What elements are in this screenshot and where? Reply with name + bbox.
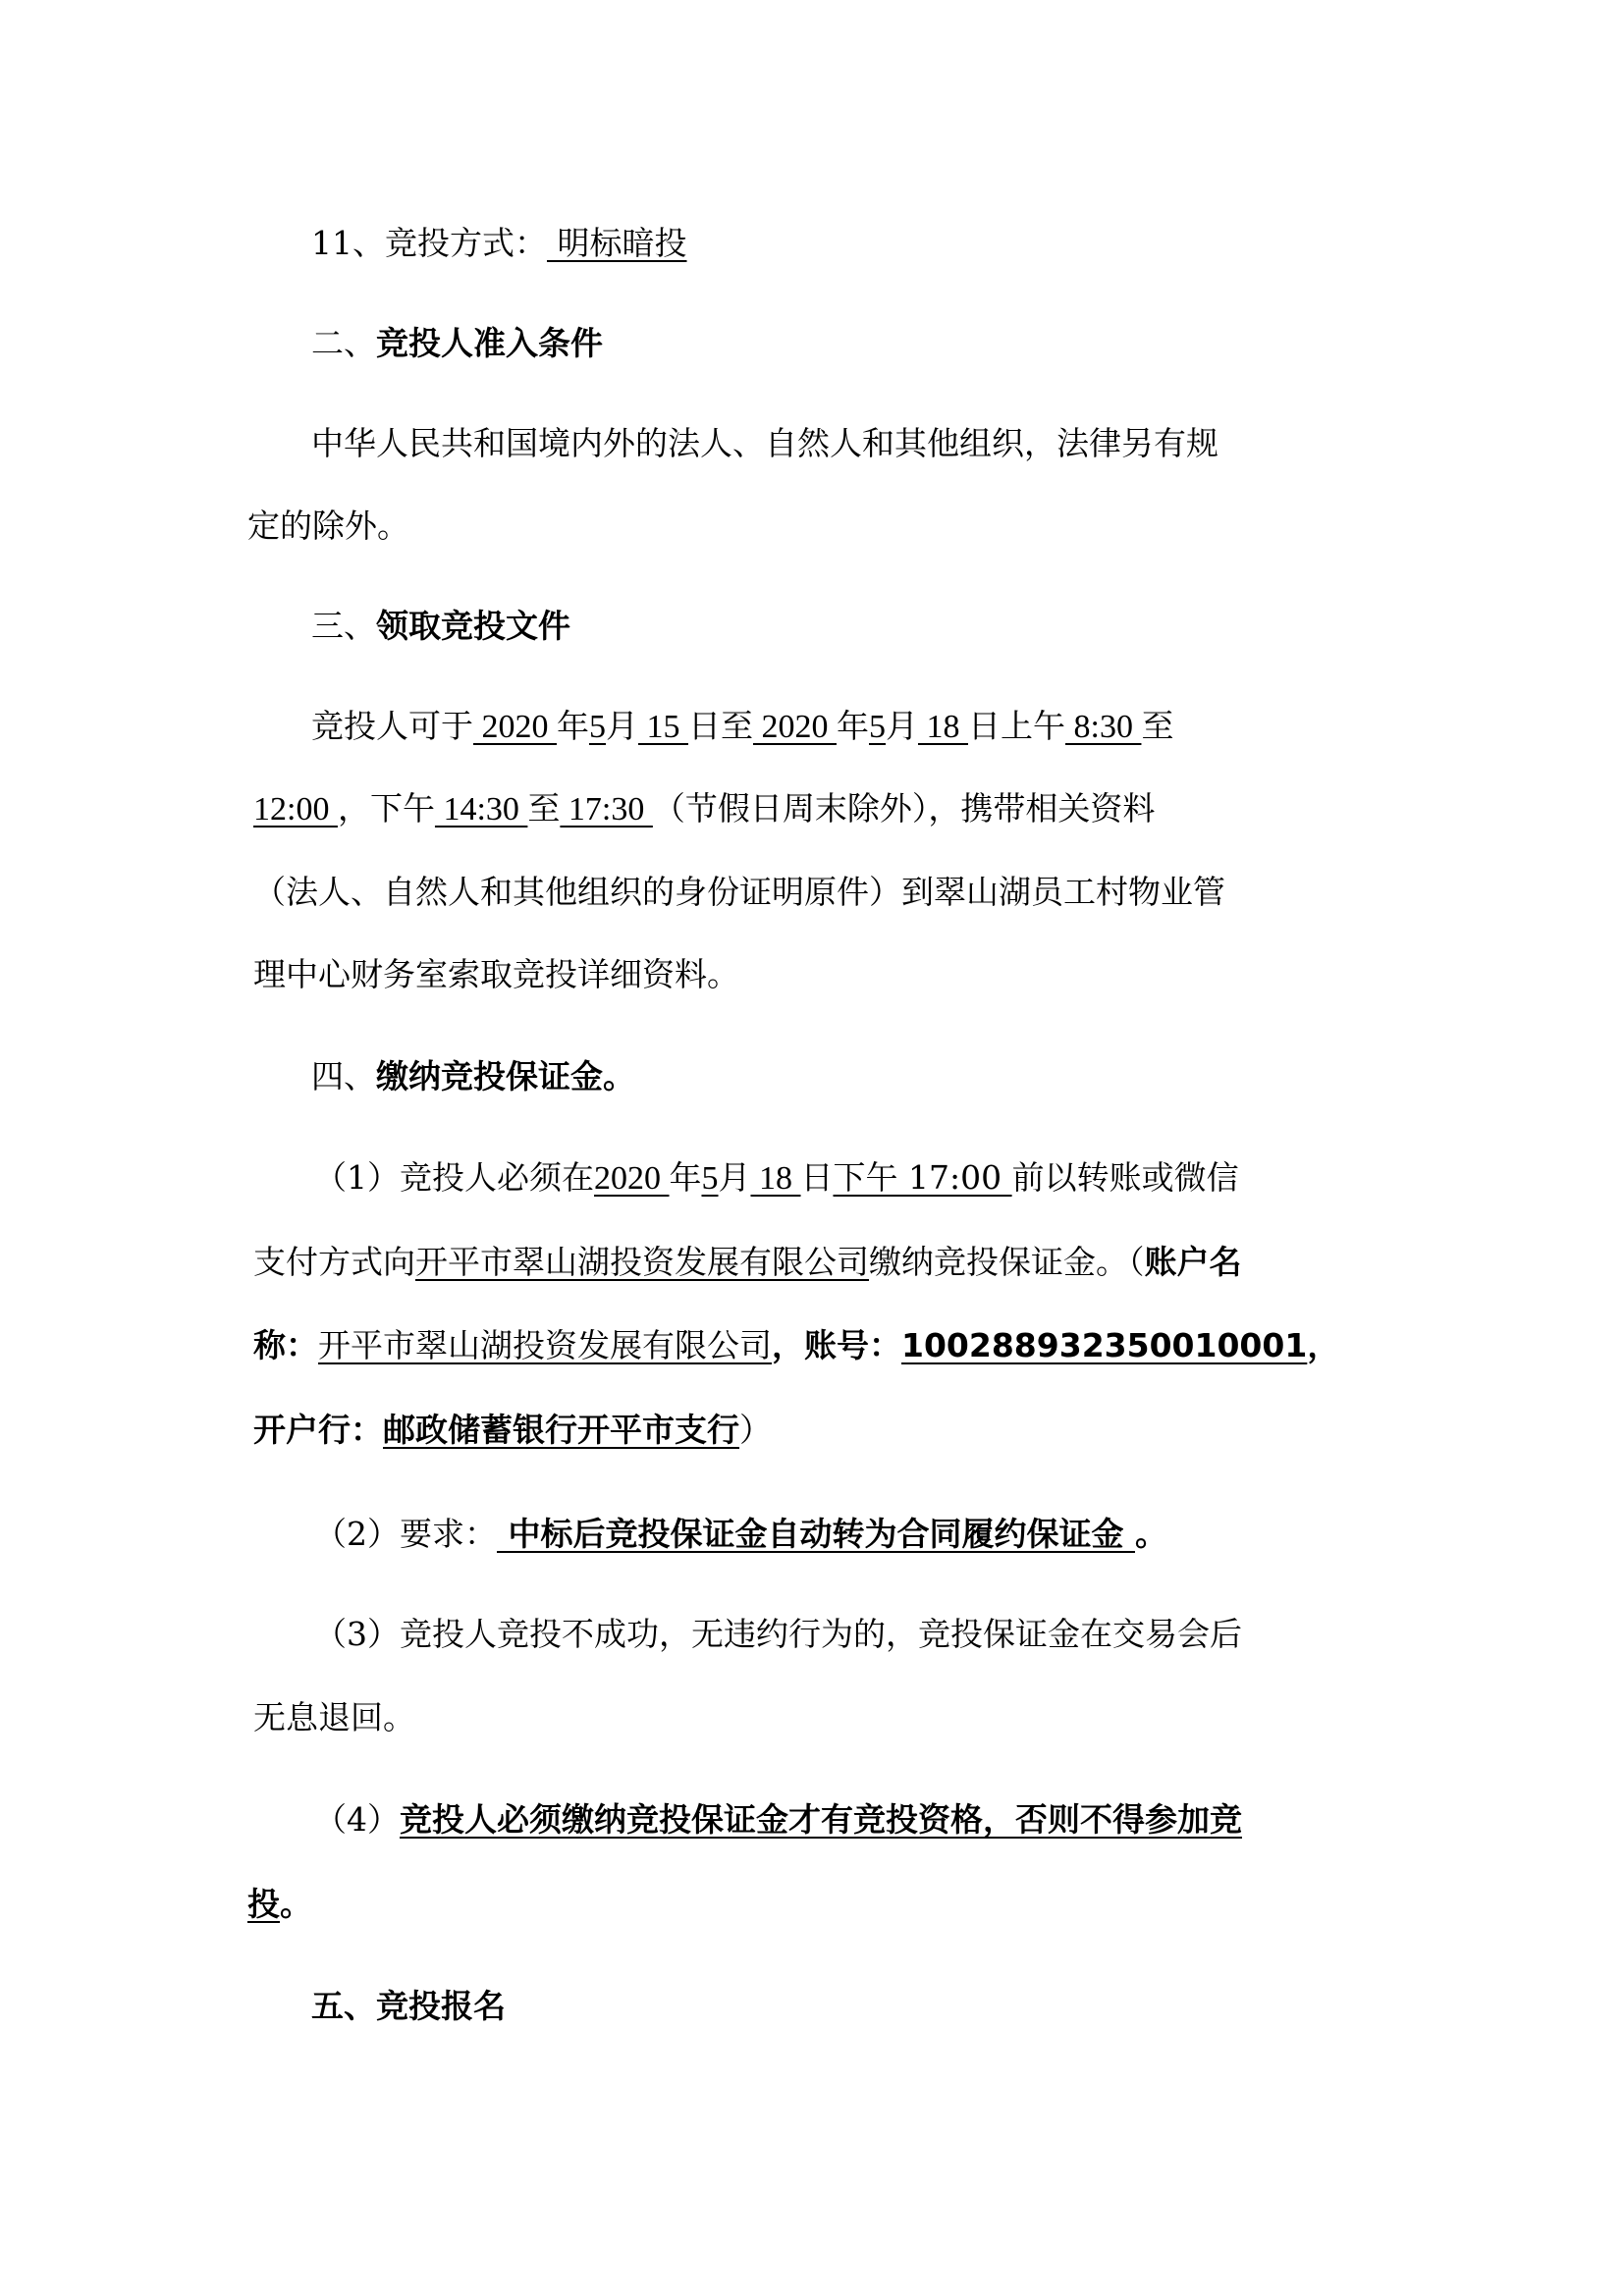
start-month: 5	[589, 709, 606, 745]
bank-name: 邮政储蓄银行开平市支行	[383, 1411, 739, 1449]
section-3-line-1: 竞投人可于 2020 年5月 15 日至 2020 年5月 18 日上午 8:3…	[311, 707, 1173, 747]
text: （1）竞投人必须在	[314, 1158, 594, 1197]
deposit-item-2: （2）要求： 中标后竞投保证金自动转为合同履约保证金 。	[314, 1515, 1167, 1554]
section-3-line-2: 12:00 ，下午 14:30 至 17:30 （节假日周末除外），携带相关资料	[253, 789, 1155, 829]
bid-method-line: 11、竞投方式： 明标暗投	[311, 224, 687, 263]
text: 日	[801, 1158, 834, 1197]
section-number: 三、	[311, 607, 376, 645]
text: ，下午	[338, 789, 435, 828]
text: 至	[1141, 707, 1173, 745]
requirement: 中标后竞投保证金自动转为合同履约保证金	[497, 1515, 1135, 1553]
text: （节假日周末除外），携带相关资料	[653, 789, 1156, 828]
end-day: 18	[918, 709, 968, 745]
text: 年	[837, 707, 869, 745]
eligibility-rule-cont: 投	[247, 1885, 280, 1923]
text: 前以转账或微信	[1012, 1158, 1239, 1197]
deposit-item-4-line-1: （4）竞投人必须缴纳竞投保证金才有竞投资格，否则不得参加竞	[314, 1800, 1242, 1840]
payee-company: 开平市翠山湖投资发展有限公司	[415, 1243, 869, 1281]
bid-method-label: 11、竞投方式：	[311, 224, 547, 262]
deadline-year: 2020	[594, 1160, 670, 1197]
section-title: 领取竞投文件	[376, 607, 570, 645]
account-number-label: ，账号：	[772, 1326, 901, 1364]
section-2-para-cont: 定的除外。	[247, 507, 409, 546]
text: 日至	[688, 707, 753, 745]
section-number: 五、	[311, 1987, 376, 2025]
section-title: 缴纳竞投保证金。	[376, 1057, 635, 1095]
section-title: 竞投报名	[376, 1987, 506, 2025]
section-title: 竞投人准入条件	[376, 324, 603, 362]
text: 月	[886, 707, 918, 745]
text: 支付方式向	[253, 1243, 415, 1281]
end-month: 5	[869, 709, 886, 745]
morning-end-time: 12:00	[253, 791, 338, 828]
deadline-time: 下午 17:00	[834, 1158, 1012, 1197]
text: 竞投人可于	[311, 707, 473, 745]
section-3-heading: 三、领取竞投文件	[311, 607, 570, 646]
text: 。	[1135, 1515, 1167, 1553]
bid-method-value: 明标暗投	[547, 224, 687, 262]
section-2-para: 中华人民共和国境内外的法人、自然人和其他组织，法律另有规	[311, 424, 1218, 463]
start-year: 2020	[473, 709, 557, 745]
section-4-heading: 四、缴纳竞投保证金。	[311, 1057, 635, 1096]
section-number: 二、	[311, 324, 376, 362]
end-year: 2020	[753, 709, 837, 745]
section-number: 四、	[311, 1057, 376, 1095]
deposit-item-1-line-3: 称：开平市翠山湖投资发展有限公司，账号：100288932350010001，	[253, 1326, 1339, 1365]
text: 年	[557, 707, 589, 745]
text: （4）	[314, 1800, 400, 1839]
deposit-item-1-line-2: 支付方式向开平市翠山湖投资发展有限公司缴纳竞投保证金。（账户名	[253, 1243, 1242, 1282]
text: 月	[719, 1158, 751, 1197]
bank-label: 开户行：	[253, 1411, 383, 1449]
deposit-item-1-line-4: 开户行：邮政储蓄银行开平市支行）	[253, 1411, 772, 1450]
afternoon-end-time: 17:30	[560, 791, 652, 828]
account-name-label: 账户名	[1145, 1243, 1242, 1281]
text: 缴纳竞投保证金。（	[869, 1243, 1145, 1281]
section-5-heading: 五、竞投报名	[311, 1987, 506, 2026]
eligibility-rule: 竞投人必须缴纳竞投保证金才有竞投资格，否则不得参加竞	[400, 1800, 1242, 1839]
deposit-item-3-line-1: （3）竞投人竞投不成功，无违约行为的，竞投保证金在交易会后	[314, 1615, 1242, 1654]
text: ，	[1307, 1326, 1339, 1364]
afternoon-start-time: 14:30	[435, 791, 527, 828]
deposit-item-3-line-2: 无息退回。	[253, 1698, 415, 1737]
text: 年	[670, 1158, 702, 1197]
deadline-month: 5	[702, 1160, 719, 1197]
deadline-day: 18	[751, 1160, 801, 1197]
section-2-heading: 二、竞投人准入条件	[311, 324, 603, 363]
section-3-line-3: （法人、自然人和其他组织的身份证明原件）到翠山湖员工村物业管	[253, 873, 1225, 912]
text: 月	[606, 707, 638, 745]
text: 称：	[253, 1326, 318, 1364]
deposit-item-1-line-1: （1）竞投人必须在2020 年5月 18 日下午 17:00 前以转账或微信	[314, 1158, 1239, 1199]
text: ）	[739, 1411, 772, 1449]
text: （2）要求：	[314, 1515, 497, 1553]
account-name: 开平市翠山湖投资发展有限公司	[318, 1326, 772, 1364]
deposit-item-4-line-2: 投。	[247, 1885, 312, 1924]
section-3-line-4: 理中心财务室索取竞投详细资料。	[253, 955, 739, 994]
text: 。	[280, 1885, 312, 1923]
morning-start-time: 8:30	[1065, 709, 1141, 745]
account-number: 100288932350010001	[901, 1326, 1307, 1364]
text: 日上午	[968, 707, 1065, 745]
text: 至	[527, 789, 560, 828]
start-day: 15	[638, 709, 688, 745]
